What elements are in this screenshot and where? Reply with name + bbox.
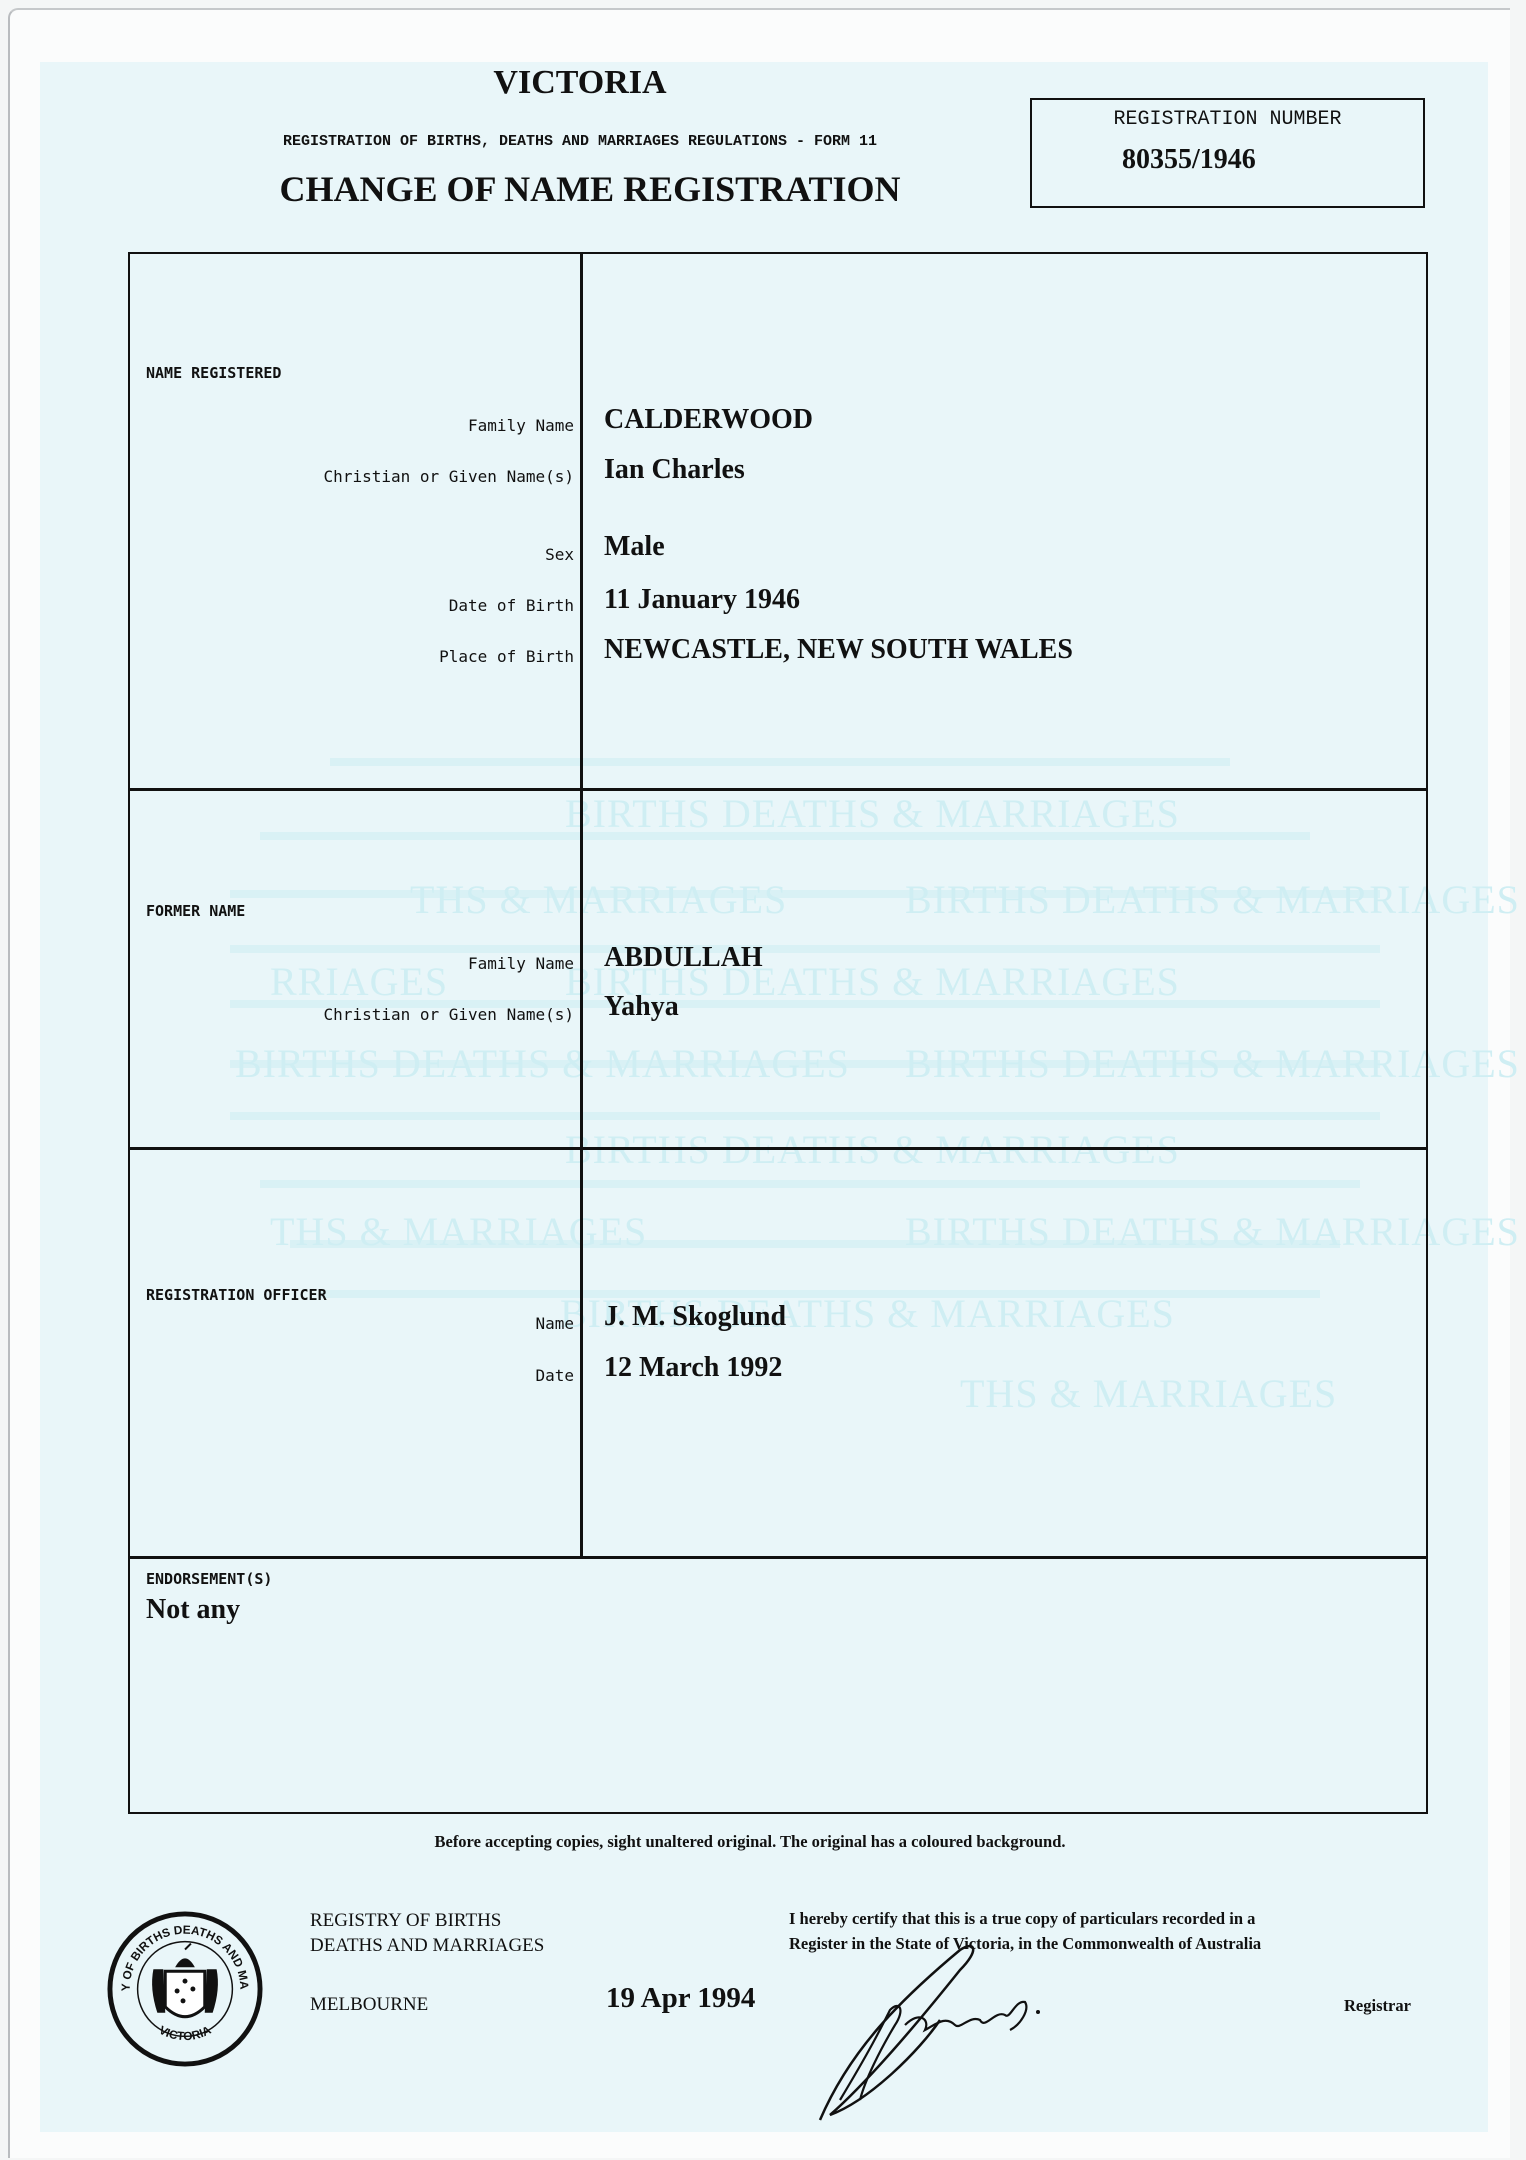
sex-value: Male bbox=[604, 531, 665, 563]
officer-date-value: 12 March 1992 bbox=[604, 1352, 782, 1384]
column-divider bbox=[580, 254, 583, 1558]
family-name-value: CALDERWOOD bbox=[604, 404, 813, 436]
field-label: Sex bbox=[545, 545, 574, 564]
row-divider bbox=[130, 1147, 1426, 1150]
field-label: Date of Birth bbox=[449, 596, 574, 615]
registration-number-box: REGISTRATION NUMBER 80355/1946 bbox=[1030, 98, 1425, 208]
registrar-label: Registrar bbox=[1344, 1996, 1411, 2016]
field-label: Date bbox=[535, 1366, 574, 1385]
field-label: Family Name bbox=[468, 416, 574, 435]
registry-name-line: DEATHS AND MARRIAGES bbox=[310, 1933, 544, 1958]
registry-name-line: REGISTRY OF BIRTHS bbox=[310, 1908, 544, 1933]
svg-text:VICTORIA: VICTORIA bbox=[157, 2023, 214, 2044]
section-label: NAME REGISTERED bbox=[146, 364, 281, 382]
registry-city: MELBOURNE bbox=[310, 1994, 428, 2016]
row-divider bbox=[130, 788, 1426, 791]
registry-seal-icon: REGISTRY OF BIRTHS DEATHS AND MARRIAGES … bbox=[106, 1910, 264, 2068]
given-names-value: Ian Charles bbox=[604, 454, 745, 486]
state-title: VICTORIA bbox=[0, 64, 1160, 102]
field-label: Christian or Given Name(s) bbox=[324, 1005, 574, 1024]
field-label: Family Name bbox=[468, 954, 574, 973]
date-of-birth-value: 11 January 1946 bbox=[604, 584, 800, 616]
registry-name: REGISTRY OF BIRTHS DEATHS AND MARRIAGES bbox=[310, 1908, 544, 1958]
field-label: Christian or Given Name(s) bbox=[324, 467, 574, 486]
registrar-signature bbox=[810, 1930, 1130, 2130]
page-title: CHANGE OF NAME REGISTRATION bbox=[0, 168, 1180, 210]
authenticity-notice: Before accepting copies, sight unaltered… bbox=[0, 1832, 1500, 1852]
registration-number-label: REGISTRATION NUMBER bbox=[1032, 108, 1423, 131]
former-given-names-value: Yahya bbox=[604, 991, 679, 1023]
certification-line: I hereby certify that this is a true cop… bbox=[789, 1906, 1261, 1931]
place-of-birth-value: NEWCASTLE, NEW SOUTH WALES bbox=[604, 634, 1073, 666]
issue-date: 19 Apr 1994 bbox=[606, 1982, 755, 2015]
field-label: Place of Birth bbox=[439, 647, 574, 666]
endorsements-value: Not any bbox=[146, 1594, 240, 1626]
regulation-subtitle: REGISTRATION OF BIRTHS, DEATHS AND MARRI… bbox=[0, 133, 1160, 150]
section-label: ENDORSEMENT(S) bbox=[146, 1570, 272, 1588]
row-divider bbox=[130, 1556, 1426, 1559]
registration-table: NAME REGISTERED Family Name CALDERWOOD C… bbox=[128, 252, 1428, 1814]
former-family-name-value: ABDULLAH bbox=[604, 942, 763, 974]
field-label: Name bbox=[535, 1314, 574, 1333]
officer-name-value: J. M. Skoglund bbox=[604, 1301, 786, 1333]
section-label: FORMER NAME bbox=[146, 902, 245, 920]
section-label: REGISTRATION OFFICER bbox=[146, 1286, 327, 1304]
registration-number-value: 80355/1946 bbox=[1122, 144, 1256, 176]
